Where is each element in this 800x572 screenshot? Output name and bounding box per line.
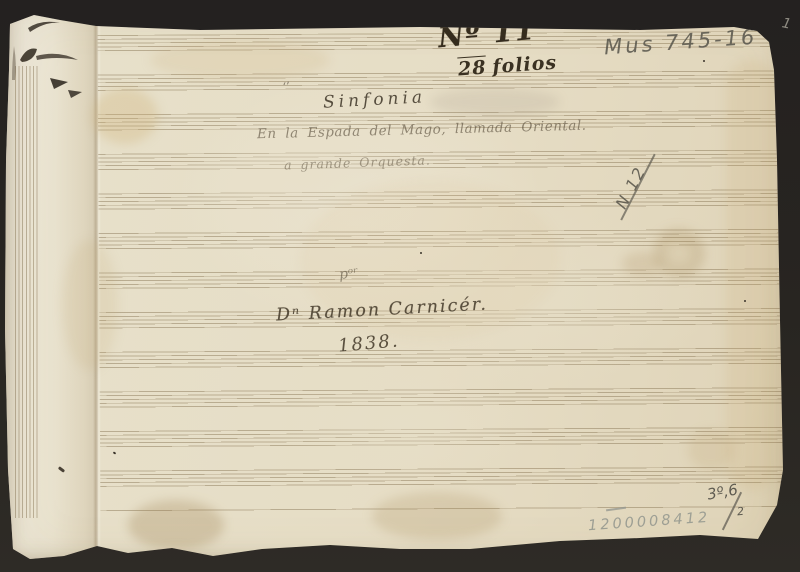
folio-count-number: 28	[457, 56, 487, 80]
page-numeral: 1	[780, 15, 792, 33]
photo-backdrop: Nº 11 28folios Mus 745-16 ‘’ Sinfonia En…	[0, 0, 800, 572]
byline: pᵒʳ	[338, 265, 359, 283]
erased-pencil-smudge	[430, 88, 560, 116]
ink-speck	[354, 18, 357, 21]
digitization-number: 1200008412	[588, 510, 711, 534]
ink-speck	[420, 252, 422, 254]
bottom-shelfmark-bottom: 2	[736, 505, 744, 519]
manuscript-page: Nº 11 28folios Mus 745-16 ‘’ Sinfonia En…	[0, 0, 800, 572]
ink-speck	[744, 300, 746, 302]
ink-speck	[703, 60, 705, 62]
folio-count-word: folios	[492, 52, 558, 78]
